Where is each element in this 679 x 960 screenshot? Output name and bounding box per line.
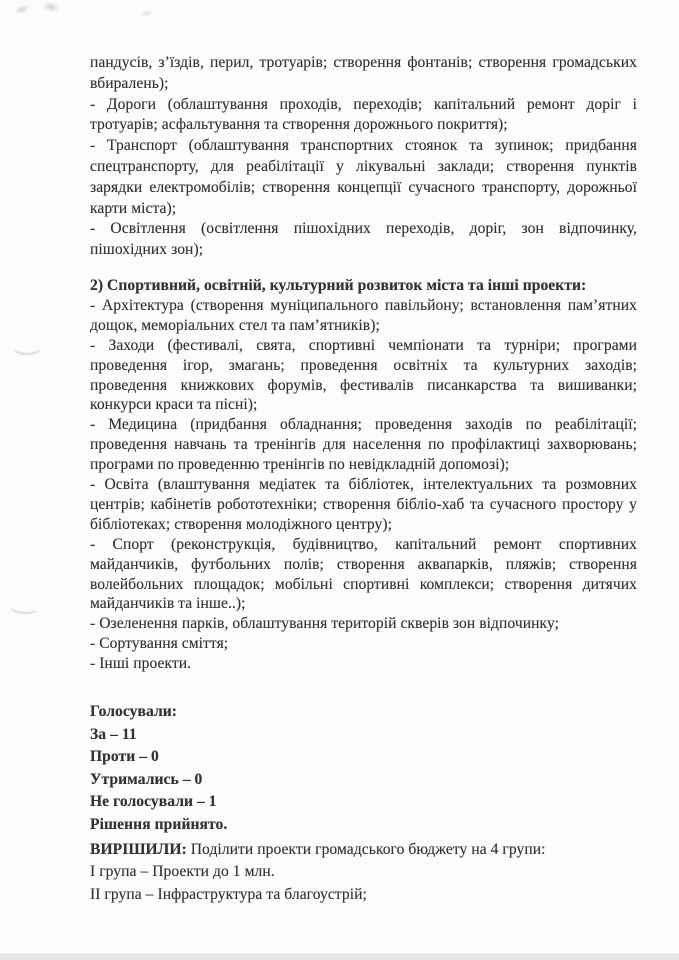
scan-smudge xyxy=(140,9,155,18)
text-line: - Озеленення парків, облаштування терито… xyxy=(90,614,637,634)
decision-label: ВИРІШИЛИ: xyxy=(90,841,187,858)
decision-group-line: ІІ група – Інфраструктура та благоустрій… xyxy=(90,884,637,907)
paragraph: пандусів, з’їздів, перил, тротуарів; ств… xyxy=(90,53,637,95)
text-line: проведення ігор, змагань; проведення осв… xyxy=(90,356,637,376)
paragraph: - Медицина (придбання обладнання; провед… xyxy=(90,415,637,475)
section2-heading: 2) Спортивний, освітній, культурний розв… xyxy=(90,276,637,296)
text-line: центрів; кабінетів робототехніки; створе… xyxy=(90,495,637,515)
decision-group-line: І група – Проекти до 1 млн. xyxy=(90,861,637,884)
text-line: проведення книжкових форумів, фестивалів… xyxy=(90,376,637,396)
text-line: бібліотеках; створення молодіжного центр… xyxy=(90,515,637,535)
paragraph: - Освітлення (освітлення пішохідних пере… xyxy=(90,219,637,261)
text-line: пандусів, з’їздів, перил, тротуарів; ств… xyxy=(90,53,637,74)
text-line: - Заходи (фестивалі, свята, спортивні че… xyxy=(90,336,637,356)
paragraph: - Освіта (влаштування медіатек та бібліо… xyxy=(90,475,637,535)
text-line: вбиралень); xyxy=(90,74,637,95)
section2-paragraphs: - Архітектура (створення муніципального … xyxy=(90,296,637,674)
text-line: майданчиків, футбольних полів; створення… xyxy=(90,555,637,575)
text-line: спецтранспорту, для реабілітації у лікув… xyxy=(90,157,637,178)
text-line: - Архітектура (створення муніципального … xyxy=(90,296,637,316)
paragraph: - Архітектура (створення муніципального … xyxy=(90,296,637,336)
section-sport-culture: 2) Спортивний, освітній, культурний розв… xyxy=(90,276,637,674)
text-line: волейбольних площадок; мобільні спортивн… xyxy=(90,575,637,595)
text-line: - Дороги (облаштування проходів, переход… xyxy=(90,95,637,116)
scan-arc-mark xyxy=(11,338,43,355)
text-line: - Транспорт (облаштування транспортних с… xyxy=(90,136,637,157)
voting-result-line: Утримались – 0 xyxy=(90,769,637,792)
decision-block: ВИРІШИЛИ: Поділити проекти громадського … xyxy=(90,839,637,907)
document-body: пандусів, з’їздів, перил, тротуарів; ств… xyxy=(90,53,637,906)
voting-results-block: Голосували:За – 11Проти – 0Утримались – … xyxy=(90,701,637,837)
paragraph: - Інші проекти. xyxy=(90,654,637,674)
voting-result-line: Проти – 0 xyxy=(90,746,637,769)
paragraph: - Сортування сміття; xyxy=(90,634,637,654)
paragraph: - Спорт (реконструкція, будівництво, кап… xyxy=(90,535,637,615)
text-line: пішохідних зон); xyxy=(90,240,637,261)
decision-intro-line: ВИРІШИЛИ: Поділити проекти громадського … xyxy=(90,839,637,862)
text-line: дощок, меморіальних стел та пам’ятників)… xyxy=(90,316,637,336)
scan-smudge xyxy=(41,0,61,14)
voting-result-line: Рішення прийнято. xyxy=(90,814,637,837)
paragraph: - Заходи (фестивалі, свята, спортивні че… xyxy=(90,336,637,416)
scan-arc-mark xyxy=(7,596,40,615)
text-line: тротуарів; асфальтування та створення до… xyxy=(90,115,637,136)
text-line: майданчиків та інше..); xyxy=(90,594,637,614)
voting-title: Голосували: xyxy=(90,701,637,724)
paragraph: - Дороги (облаштування проходів, переход… xyxy=(90,95,637,137)
voting-result-line: За – 11 xyxy=(90,724,637,747)
voting-result-line: Не голосували – 1 xyxy=(90,791,637,814)
text-line: - Сортування сміття; xyxy=(90,634,637,654)
scanned-document-page: пандусів, з’їздів, перил, тротуарів; ств… xyxy=(0,0,679,960)
text-line: - Інші проекти. xyxy=(90,654,637,674)
paragraph: - Озеленення парків, облаштування терито… xyxy=(90,614,637,634)
section-infrastructure-list: пандусів, з’їздів, перил, тротуарів; ств… xyxy=(90,53,637,261)
text-line: - Освіта (влаштування медіатек та бібліо… xyxy=(90,475,637,495)
paragraph: - Транспорт (облаштування транспортних с… xyxy=(90,136,637,219)
text-line: зарядки електромобілів; створення концеп… xyxy=(90,178,637,199)
text-line: конкурси краси та пісні); xyxy=(90,395,637,415)
text-line: - Медицина (придбання обладнання; провед… xyxy=(90,415,637,435)
text-line: проведення навчань та тренінгів для насе… xyxy=(90,435,637,455)
text-line: - Освітлення (освітлення пішохідних пере… xyxy=(90,219,637,240)
text-line: - Спорт (реконструкція, будівництво, кап… xyxy=(90,535,637,555)
scan-smudge xyxy=(13,3,31,17)
scan-bottom-edge xyxy=(0,953,679,960)
text-line: карти міста); xyxy=(90,199,637,220)
text-line: програми по проведенню тренінгів по неві… xyxy=(90,455,637,475)
